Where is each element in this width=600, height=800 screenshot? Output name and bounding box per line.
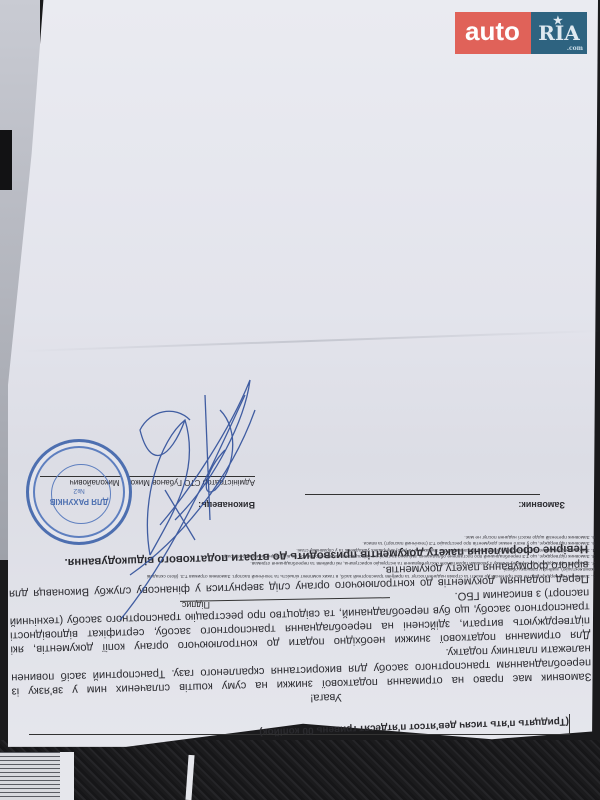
logo-auto-part: auto [455, 12, 531, 54]
company-stamp: ДЛЯ РАХУНКІВ №2 [26, 439, 132, 545]
amount-in-words: (Тридцять п'ять тисяч дев'ятсот п'ятдеся… [259, 716, 569, 738]
terms-list: 1. Замовник підтверджує, що не має прете… [135, 533, 595, 579]
document-content-upside-down: (Тридцять п'ять тисяч дев'ятсот п'ятдеся… [0, 0, 600, 800]
term-item: 4. Замовник підтверджує, що стан Т.З бул… [135, 546, 595, 553]
amount-box: (Тридцять п'ять тисяч дев'ятсот п'ятдеся… [29, 714, 570, 735]
stamp-center-text: ДЛЯ РАХУНКІВ [29, 497, 129, 506]
contractor-label: Виконавець: [198, 500, 255, 510]
signature-label: Підпис [182, 600, 210, 610]
stamp-number: №2 [29, 487, 129, 494]
logo-ria-part: ★ RIA .com [531, 12, 587, 54]
customer-label: Замовник: [518, 500, 565, 510]
logo-domain: .com [567, 45, 583, 52]
customer-line [305, 494, 540, 495]
term-item: 3. Замовник підтверджує, що Т.З переобла… [135, 552, 595, 559]
autoria-logo: auto ★ RIA .com [455, 12, 587, 54]
term-item: 1. Замовник підтверджує, що не має прете… [135, 565, 595, 578]
star-icon: ★ [553, 14, 563, 27]
term-item: 2. Замовник підтверджує, що сервісну кни… [135, 559, 595, 566]
term-item: 5. Замовник підтверджує, що у якого нема… [135, 539, 595, 546]
stamp-inner-ring [51, 464, 111, 524]
